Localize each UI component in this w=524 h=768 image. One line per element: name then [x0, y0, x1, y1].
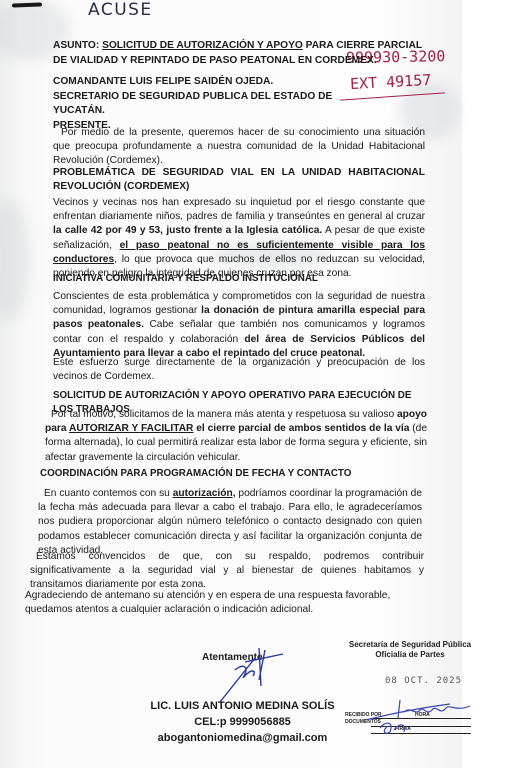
- recipient-block: COMANDANTE LUIS FELIPE SAIDÉN OJEDA. SEC…: [53, 75, 353, 133]
- text-span: Vecinos y vecinas nos han expresado su i…: [53, 197, 425, 222]
- handwritten-acuse: ACUSE: [88, 0, 153, 20]
- farewell-paragraph: Agradeciendo de antemano su atención y e…: [25, 589, 425, 617]
- scan-smudge: [0, 200, 30, 320]
- section4-paragraph: En cuanto contemos con su autorización, …: [38, 487, 422, 558]
- bold-span: la calle 42 por 49 y 53, justo frente a …: [53, 225, 322, 236]
- section1-paragraph: Vecinos y vecinas nos han expresado su i…: [53, 196, 425, 281]
- stamp-handwritten-signature: [360, 690, 475, 740]
- signer-name: LIC. LUIS ANTONIO MEDINA SOLÍS: [150, 698, 335, 714]
- stamp-office: Oficialía de Partes: [345, 650, 475, 660]
- stamp-date: 08 OCT. 2025: [385, 676, 462, 686]
- signer-email: abogantoniomedina@gmail.com: [150, 730, 335, 746]
- section1-heading: PROBLEMÁTICA DE SEGURIDAD VIAL EN LA UNI…: [53, 166, 425, 194]
- bold-span: el cierre parcial de ambos sentidos de l…: [193, 423, 409, 434]
- intro-paragraph: Por medio de la presente, queremos hacer…: [53, 126, 425, 169]
- reception-stamp: Secretaría de Seguridad Pública Oficialí…: [345, 640, 475, 660]
- bold-underlined-span: autorización,: [173, 488, 236, 499]
- signer-phone: CEL:p 9999056885: [150, 714, 335, 730]
- section2-paragraph: Conscientes de esta problemática y compr…: [53, 290, 425, 361]
- section3-paragraph: Por tal motivo, solicitamos de la manera…: [45, 408, 427, 465]
- bold-underlined-span: AUTORIZAR Y FACILITAR: [69, 423, 193, 434]
- subject-label: ASUNTO:: [53, 40, 99, 51]
- recipient-title: SECRETARIO DE SEGURIDAD PUBLICA DEL ESTA…: [53, 90, 353, 119]
- text-span: Por tal motivo, solicitamos de la manera…: [51, 409, 397, 420]
- recipient-name: COMANDANTE LUIS FELIPE SAIDÉN OJEDA.: [53, 75, 353, 90]
- section2-paragraph2: Este esfuerzo surge directamente de la o…: [53, 356, 425, 384]
- text-span: En cuanto contemos con su: [44, 488, 173, 499]
- conclusion-paragraph: Estamos convencidos de que, con su respa…: [30, 550, 424, 593]
- subject-line: ASUNTO: SOLICITUD DE AUTORIZACIÓN Y APOY…: [53, 39, 433, 68]
- section4-heading: COORDINACIÓN PARA PROGRAMACIÓN DE FECHA …: [40, 467, 420, 481]
- section2-heading: INICIATIVA COMUNITARIA Y RESPALDO INSTIT…: [53, 272, 425, 286]
- subject-underlined: SOLICITUD DE AUTORIZACIÓN Y APOYO: [102, 40, 303, 51]
- stamp-agency: Secretaría de Seguridad Pública: [345, 640, 475, 650]
- signer-block: LIC. LUIS ANTONIO MEDINA SOLÍS CEL:p 999…: [150, 698, 335, 746]
